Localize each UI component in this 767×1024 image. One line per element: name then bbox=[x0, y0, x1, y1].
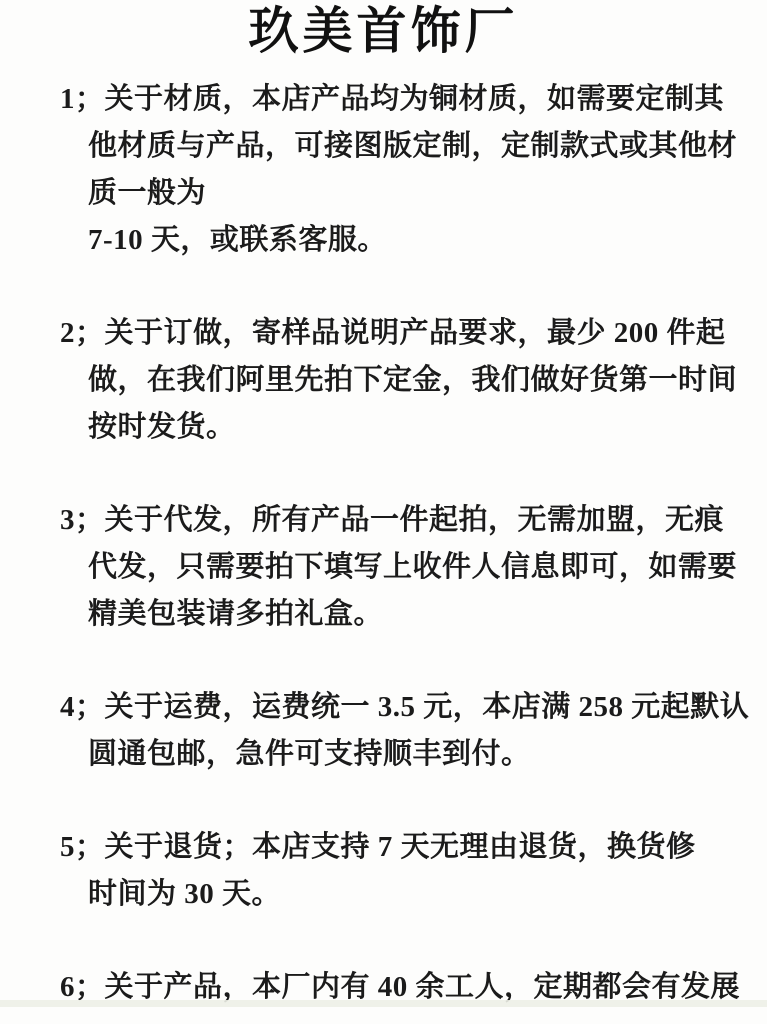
item-text: 关于订做，寄样品说明产品要求，最少 200 件起 bbox=[105, 317, 726, 349]
item-text: 关于运费，运费统一 3.5 元，本店满 258 元起默认 bbox=[105, 691, 750, 723]
notice-item-shipping-fee: 4；关于运费，运费统一 3.5 元，本店满 258 元起默认 圆通包邮，急件可支… bbox=[0, 684, 767, 778]
item-line: 时间为 30 天。 bbox=[0, 871, 767, 918]
item-line: 精美包装请多拍礼盒。 bbox=[0, 591, 767, 638]
item-line: 他材质与产品，可接图版定制，定制款式或其他材 bbox=[0, 123, 767, 170]
item-number: 4； bbox=[60, 684, 105, 731]
notice-item-dropshipping: 3；关于代发，所有产品一件起拍，无需加盟，无痕 代发，只需要拍下填写上收件人信息… bbox=[0, 497, 767, 638]
page-title: 玖美首饰厂 bbox=[0, 2, 767, 60]
item-line: 3；关于代发，所有产品一件起拍，无需加盟，无痕 bbox=[0, 497, 767, 544]
item-line: 1；关于材质，本店产品均为铜材质，如需要定制其 bbox=[0, 76, 767, 123]
item-number: 5； bbox=[60, 824, 105, 871]
item-line: 代发，只需要拍下填写上收件人信息即可，如需要 bbox=[0, 544, 767, 591]
item-line: 5；关于退货；本店支持 7 天无理由退货，换货修 bbox=[0, 824, 767, 871]
notice-item-materials: 1；关于材质，本店产品均为铜材质，如需要定制其 他材质与产品，可接图版定制，定制… bbox=[0, 76, 767, 264]
item-text: 关于代发，所有产品一件起拍，无需加盟，无痕 bbox=[105, 504, 725, 536]
item-text: 关于材质，本店产品均为铜材质，如需要定制其 bbox=[105, 83, 725, 115]
scan-artifact-strip bbox=[0, 1000, 767, 1007]
item-number: 3； bbox=[60, 497, 105, 544]
item-text: 关于退货；本店支持 7 天无理由退货，换货修 bbox=[105, 831, 696, 863]
notice-item-custom-orders: 2；关于订做，寄样品说明产品要求，最少 200 件起 做，在我们阿里先拍下定金，… bbox=[0, 310, 767, 451]
item-number: 2； bbox=[60, 310, 105, 357]
item-text: 关于产品，本厂内有 40 余工人，定期都会有发展 bbox=[105, 971, 741, 1003]
item-line: 质一般为 bbox=[0, 170, 767, 217]
item-line: 7-10 天，或联系客服。 bbox=[0, 217, 767, 264]
item-line: 做，在我们阿里先拍下定金，我们做好货第一时间 bbox=[0, 357, 767, 404]
notice-item-returns: 5；关于退货；本店支持 7 天无理由退货，换货修 时间为 30 天。 bbox=[0, 824, 767, 918]
notice-page: 玖美首饰厂 1；关于材质，本店产品均为铜材质，如需要定制其 他材质与产品，可接图… bbox=[0, 0, 767, 1024]
item-number: 1； bbox=[60, 76, 105, 123]
item-line: 4；关于运费，运费统一 3.5 元，本店满 258 元起默认 bbox=[0, 684, 767, 731]
item-line: 圆通包邮，急件可支持顺丰到付。 bbox=[0, 731, 767, 778]
item-line: 2；关于订做，寄样品说明产品要求，最少 200 件起 bbox=[0, 310, 767, 357]
item-line: 按时发货。 bbox=[0, 404, 767, 451]
